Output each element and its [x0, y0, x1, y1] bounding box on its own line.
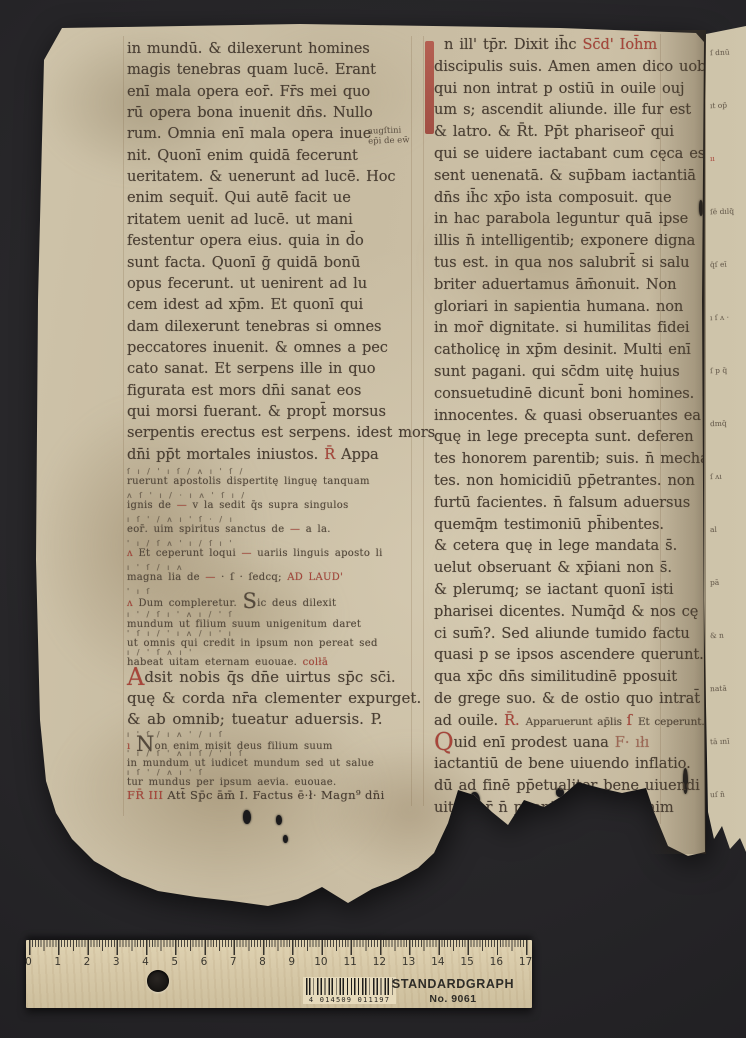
ruler-cm-label: 3	[106, 956, 126, 968]
body-text: in mundū. & dilexerunt homines	[127, 40, 370, 57]
body-text: ci sum̄?. Sed aliunde tumido factu	[434, 625, 690, 642]
text-line: qua xp̄c dn̄s similitudinē pposuit	[434, 668, 677, 685]
text-line: quasi p se ipsos ascendere querunt.	[434, 646, 704, 663]
folio-edge-text-fragment: pā	[710, 578, 720, 587]
text-line: festentur opera eius. quia in d̄o	[127, 232, 364, 249]
text-line: discipulis suis. Amen amen dico uobis.	[434, 58, 723, 75]
neume-notation: ' ſ ı / ' ı ʌ / ı ' ı	[127, 629, 378, 638]
neume-notation: ı ' ſ / ı ʌ	[127, 563, 343, 572]
body-text: uid enī prodest uana	[454, 734, 615, 751]
parchment-hole	[520, 806, 527, 817]
text-line: ı ſ ' / ʌ ı ' ſtur mundus per ipsum aevi…	[127, 769, 336, 788]
body-text: tus est. in qua nos salubrit̄ si salu	[434, 254, 689, 271]
parchment-hole	[283, 835, 288, 843]
text-line: magis tenebras quam lucē. Erant	[127, 61, 376, 78]
rubric-text: —	[205, 572, 221, 583]
text-line: figurata est mors dn̄i sanat eos	[127, 382, 361, 399]
ruler-cm-label: 15	[457, 956, 477, 968]
text-line: ' ı / ſ ' ʌ ı ſ / ' ı ſin mundum ut iudi…	[127, 750, 374, 769]
body-text: de grege suo. & de ostio quo intrat̄	[434, 690, 700, 707]
text-line: cato sanat. Et serpens ille in quo	[127, 360, 375, 377]
initial-i-bar	[425, 41, 434, 134]
body-text: qui morsi fuerant. & propt̄ morsus	[127, 403, 386, 420]
ruler-cm-label: 6	[194, 956, 214, 968]
ruler-cm-label: 11	[340, 956, 360, 968]
body-text: sunt pagani. qui sc̄dm uitę huius	[434, 363, 680, 380]
ruler-cm-label: 9	[282, 956, 302, 968]
body-text: ritatem uenit ad lucē. ut mani	[127, 211, 353, 228]
folio-edge-text-fragment: ſ p q̄	[710, 366, 727, 376]
folio-edge-text-fragment: & n	[710, 631, 724, 640]
body-text: magis tenebras quam lucē. Erant	[127, 61, 376, 78]
body-text: furtū facientes. n̄ falsum aduersus	[434, 494, 690, 511]
body-text: illis n̄ intelligentib; exponere digna	[434, 232, 695, 249]
ruler-model-number: No. 9061	[378, 993, 528, 1005]
text-line: enim sequit̄. Qui autē facit ue	[127, 189, 351, 206]
text-line: ʌ ſ ' ı / · ı ʌ ' ſ ı /ignis de — v la s…	[127, 491, 349, 511]
rubric-text: —	[290, 524, 306, 535]
text-line: Adsit nobis q̄s dn̄e uirtus sp̄c sc̄i.	[127, 668, 396, 686]
text-line: sent uenenatā. & sup̄bam iactantiā	[434, 167, 696, 184]
body-text: cato sanat. Et serpens ille in quo	[127, 360, 375, 377]
marginal-gloss: augſtiniep̄i de ew̄	[368, 125, 410, 146]
text-line: ad ouile. R̄. Apparuerunt ap̄lis ſ Et ce…	[434, 712, 705, 729]
text-line: innocentes. & quasi obseruantes ea	[434, 407, 701, 424]
neume-notation: ı ' / ſ ı ' ʌ ı / ' ſ	[127, 610, 361, 619]
folio-edge-text-fragment: q̄ſ eī	[710, 260, 727, 270]
text-line: quemq̄m testimoniū ph̄ibentes.	[434, 516, 664, 533]
parchment-tear	[699, 200, 703, 216]
text-line: tus est. in qua nos salubrit̄ si salu	[434, 254, 689, 271]
text-line: gloriari in sapientia humana. non	[434, 298, 683, 315]
text-line: enī mala opera eor̄. Fr̄s mei quo	[127, 83, 370, 100]
text-line: ı / ' ſ ʌ ı 'habeat uitam eternam euouae…	[127, 649, 328, 668]
text-line: & ab omnib; tueatur aduersis. P.	[127, 710, 383, 728]
text-line: ſ ı / ' ı ſ / ʌ ı ' ſ /ruerunt apostolis…	[127, 467, 370, 487]
body-text: iactantiū de bene uiuendo inflatio.	[434, 755, 691, 772]
rubric-text: ſ	[627, 712, 638, 729]
text-line: Quid enī prodest uana F· ıłı	[434, 734, 649, 751]
text-line: consuetudinē dicunt̄ boni homines.	[434, 385, 694, 402]
folio-edge-text-fragment: ſ dnū	[710, 48, 730, 58]
body-text: ueritatem. & uenerunt ad lucē. Hoc	[127, 168, 395, 185]
neume-notation: ſ ı / ' ı ſ / ʌ ı ' ſ /	[127, 467, 370, 476]
body-text: tur mundus per ipsum aevia. euouae.	[127, 777, 336, 788]
body-text: Et ceperunt loqui	[138, 548, 241, 559]
folio-edge-text-fragment: tā ınī	[710, 737, 730, 747]
body-text: Appa	[341, 446, 379, 463]
folio-edge-text-fragment: natā	[710, 684, 727, 694]
text-line: quę in lege precepta sunt. deferen	[434, 428, 694, 445]
body-text: habeat uitam eternam euouae.	[127, 657, 303, 668]
folio-edge-text-fragment: ſē dılq̄	[710, 207, 734, 217]
body-text: gloriari in sapientia humana. non	[434, 298, 683, 315]
text-line: ı ' ſ / ı ʌmagna lia de — · ſ · ſedcq; A…	[127, 563, 343, 583]
text-line: sunt pagani. qui sc̄dm uitę huius	[434, 363, 680, 380]
body-text: & ab omnib; tueatur aduersis. P.	[127, 710, 383, 728]
text-line: rū opera bona inuenit dn̄s. Nullo	[127, 104, 373, 121]
body-text: Apparuerunt ap̄lis	[526, 716, 627, 728]
ruler-brand: STANDARDGRAPH No. 9061	[378, 977, 528, 1005]
rubric-text: R̄	[324, 446, 341, 463]
body-text: dn̄i pp̄t mortales iniustos.	[127, 446, 324, 463]
body-text: ignis de	[127, 500, 177, 511]
text-line: in hac parabola leguntur quā ipse	[434, 210, 688, 227]
folio-edge-text-fragment: dmq̄	[710, 419, 727, 429]
body-text: uelut obseruant & xp̄iani non s̄.	[434, 559, 672, 576]
text-line: ueritatem. & uenerunt ad lucē. Hoc	[127, 168, 395, 185]
body-text: Dum compleretur.	[138, 598, 242, 609]
rubric-text: FR̄ III	[127, 788, 167, 802]
ruler-cm-label: 16	[486, 956, 506, 968]
neume-notation: ' ı / ſ ' ʌ ı ſ / ' ı ſ	[127, 749, 374, 758]
body-text: quę in lege precepta sunt. deferen	[434, 428, 694, 445]
rubric-text: R̄.	[504, 712, 525, 729]
text-line: ' ı / ſ ʌ ' ı / ſ ı 'ʌ Et ceperunt loqui…	[127, 539, 383, 559]
neume-notation: ı ſ ' / ʌ ı ' ſ	[127, 768, 336, 777]
body-text: innocentes. & quasi obseruantes ea	[434, 407, 701, 424]
body-text: n ill' tp̄r. Dixit ih̄c	[444, 36, 583, 53]
text-line: iactantiū de bene uiuendo inflatio.	[434, 755, 691, 772]
rubric-text: Sc̄d' Ioh̄m	[583, 36, 658, 53]
body-text: cem idest ad xp̄m. Et quonī qui	[127, 296, 363, 313]
text-line: in mor̄ dignitate. si humilitas fidei	[434, 319, 689, 336]
neume-notation: ' ı / ſ ʌ ' ı / ſ ı '	[127, 539, 383, 548]
text-line: pharisei dicentes. Numq̄d & nos cę	[434, 603, 698, 620]
rubric-text: F· ıłı	[615, 734, 649, 751]
text-line: ' ſ ı / ' ı ʌ / ı ' ıut omnis qui credit…	[127, 630, 378, 649]
body-text: dsit nobis q̄s dn̄e uirtus sp̄c sc̄i.	[144, 668, 395, 686]
body-text: qui non intrat p ostiū in ouile ouj	[434, 80, 684, 97]
text-line: FR̄ III Att̄ Sp̄c ām̄ I. Factus ē·ł· Mag…	[127, 788, 385, 802]
rubric-text: A	[127, 663, 144, 691]
text-line: ı ſ ' / ʌ ı ' ſ · / ıeor̄. uim spiritus …	[127, 515, 331, 535]
text-line: ' ı ſʌ Dum compleretur. Sic deus dilexit	[127, 587, 336, 609]
rubric-text: —	[241, 548, 257, 559]
ruler-cm-label: 14	[428, 956, 448, 968]
body-text: a la.	[306, 524, 331, 535]
body-text: in mor̄ dignitate. si humilitas fidei	[434, 319, 689, 336]
text-line: qui morsi fuerant. & propt̄ morsus	[127, 403, 386, 420]
body-text: Att̄ Sp̄c ām̄ I. Factus ē·ł· Magn⁹ dn̄i	[167, 788, 384, 802]
ruler-cm-label: 0	[19, 956, 39, 968]
rubric-text: Q	[434, 728, 454, 756]
ruler-cm-label: 13	[399, 956, 419, 968]
parchment-hole	[470, 792, 480, 809]
ruler-cm-label: 5	[165, 956, 185, 968]
body-text: ad ouile.	[434, 712, 504, 729]
text-line: & latro. & R̄t. Pp̄t phariseor̄ qui	[434, 123, 674, 140]
text-line: serpentis erectus est serpens. idest mor…	[127, 424, 435, 441]
ruler-cm-label: 8	[252, 956, 272, 968]
folio-edge-text-fragment: al	[710, 525, 717, 534]
ruler-cm-label: 17	[516, 956, 536, 968]
body-text: peccatores inuenit. & omnes a pec	[127, 339, 388, 356]
body-text: tes. non homicidiū pp̄etrantes. non	[434, 472, 695, 489]
manuscript-page: in mundū. & dilexerunt hominesmagis tene…	[0, 0, 746, 1038]
ruler-cm-label: 12	[369, 956, 389, 968]
marginal-gloss-line: ep̄i de ew̄	[368, 135, 410, 146]
ruler-cm-label: 2	[77, 956, 97, 968]
text-line: cem idest ad xp̄m. Et quonī qui	[127, 296, 363, 313]
ruler-cm-label: 4	[135, 956, 155, 968]
rubric-text: AD LAUD'	[287, 572, 343, 583]
text-line: qui se uidere iactabant cum cęca es	[434, 145, 705, 162]
folio-edge-text-fragment: ı ſ ʌ ·	[710, 313, 729, 323]
parchment-hole	[276, 815, 282, 825]
text-line: dn̄i pp̄t mortales iniustos. R̄ Appa	[127, 446, 379, 463]
body-text: festentur opera eius. quia in d̄o	[127, 232, 364, 249]
rubric-text: ʌ	[127, 598, 138, 609]
body-text: serpentis erectus est serpens. idest mor…	[127, 424, 435, 441]
rubric-text: ʌ	[127, 548, 138, 559]
neume-notation: ı ' ſ / ı ʌ ' / ı ſ	[127, 730, 333, 739]
ruler: 01234567891011121314151617 4 014509 0111…	[26, 940, 532, 1008]
ruler-cm-label: 10	[311, 956, 331, 968]
body-text: quę & corda nr̄a clementer expurget.	[127, 689, 421, 707]
body-text: & cetera quę in lege mandata s̄.	[434, 537, 677, 554]
folio-edge-text-fragment: ıı	[710, 154, 715, 163]
text-line: & cetera quę in lege mandata s̄.	[434, 537, 677, 554]
ruler-hole	[147, 970, 169, 992]
body-text: tes honorem parentib; suis. n̄ mechan	[434, 450, 718, 467]
body-text: consuetudinē dicunt̄ boni homines.	[434, 385, 694, 402]
text-line: uelut obseruant & xp̄iani non s̄.	[434, 559, 672, 576]
folio-edge-text-fragment: ıt op̄	[710, 101, 727, 111]
manuscript-page-wrap: in mundū. & dilexerunt hominesmagis tene…	[0, 0, 746, 1038]
text-line: in mundū. & dilexerunt homines	[127, 40, 370, 57]
text-line: uita eor̄ n̄ pueniat̄. Ad hoc enim	[434, 799, 674, 816]
body-text: figurata est mors dn̄i sanat eos	[127, 382, 361, 399]
text-line: quę & corda nr̄a clementer expurget.	[127, 689, 421, 707]
body-text: pharisei dicentes. Numq̄d & nos cę	[434, 603, 698, 620]
body-text: uariis linguis aposto li	[257, 548, 382, 559]
ruler-cm-label: 7	[223, 956, 243, 968]
body-text: enim sequit̄. Qui autē facit ue	[127, 189, 351, 206]
body-text: magna lia de	[127, 572, 205, 583]
neume-notation: ı ſ ' / ʌ ı ' ſ · / ı	[127, 515, 331, 524]
text-line: dū ad finē pp̄etualiter bene uiuendi	[434, 777, 700, 794]
neume-notation: ı / ' ſ ʌ ı '	[127, 648, 328, 657]
text-line: catholicę in xp̄m desinit. Multi enī	[434, 341, 691, 358]
body-text: opus fecerunt. ut uenirent ad lu	[127, 275, 367, 292]
ruler-cm-label: 1	[48, 956, 68, 968]
parchment-hole	[243, 810, 251, 824]
text-line: illis n̄ intelligentib; exponere digna	[434, 232, 695, 249]
body-text: discipulis suis. Amen amen dico uobis.	[434, 58, 723, 75]
ruler-brand-name: STANDARDGRAPH	[378, 977, 528, 991]
body-text: sunt facta. Quonī ḡ quidā bonū	[127, 254, 360, 271]
folio-edge-text-fragment: uſ n̄	[710, 790, 725, 800]
ruling-line	[423, 36, 424, 806]
body-text: ic deus dilexit	[257, 598, 336, 609]
body-text: quasi p se ipsos ascendere querunt.	[434, 646, 704, 663]
body-text: catholicę in xp̄m desinit. Multi enī	[434, 341, 691, 358]
text-line: peccatores inuenit. & omnes a pec	[127, 339, 388, 356]
body-text: sent uenenatā. & sup̄bam iactantiā	[434, 167, 696, 184]
body-text: rū opera bona inuenit dn̄s. Nullo	[127, 104, 373, 121]
body-text: · ſ · ſedcq;	[221, 572, 287, 583]
body-text: nit. Quonī enim quidā fecerunt	[127, 147, 358, 164]
text-line: ı ' / ſ ı ' ʌ ı / ' ſmundum ut filium su…	[127, 611, 361, 630]
folio-edge-text-fragment: ſ ʌı	[710, 472, 722, 481]
text-line: sunt facta. Quonī ḡ quidā bonū	[127, 254, 360, 271]
body-text: dn̄s ih̄c xp̄o ista composuit. que	[434, 189, 672, 206]
text-line: dam dilexerunt tenebras si omnes	[127, 318, 381, 335]
text-line: nit. Quonī enim quidā fecerunt	[127, 147, 358, 164]
text-line: briter aduertamus ām̄onuit. Non	[434, 276, 676, 293]
body-text: dam dilexerunt tenebras si omnes	[127, 318, 381, 335]
body-text: & latro. & R̄t. Pp̄t phariseor̄ qui	[434, 123, 674, 140]
body-text: Et ceperunt.	[638, 716, 705, 728]
neume-notation: ʌ ſ ' ı / · ı ʌ ' ſ ı /	[127, 491, 349, 500]
ruler-ticks	[29, 940, 529, 955]
body-text: um s; ascendit aliunde. ille fur est	[434, 101, 691, 118]
text-line: ritatem uenit ad lucē. ut mani	[127, 211, 353, 228]
text-line: de grege suo. & de ostio quo intrat̄	[434, 690, 700, 707]
text-line: dn̄s ih̄c xp̄o ista composuit. que	[434, 189, 672, 206]
body-text: in hac parabola leguntur quā ipse	[434, 210, 688, 227]
neume-notation: ' ı ſ	[127, 587, 336, 596]
body-text: uita eor̄ n̄ pueniat̄. Ad hoc enim	[434, 799, 674, 816]
body-text: qui se uidere iactabant cum cęca es	[434, 145, 705, 162]
text-line: & plerumq; se iactant quonī isti	[434, 581, 673, 598]
body-text: quemq̄m testimoniū ph̄ibentes.	[434, 516, 664, 533]
text-line: rum. Omnia enī mala opera inue	[127, 125, 371, 142]
body-text: & plerumq; se iactant quonī isti	[434, 581, 673, 598]
body-text: ruerunt apostolis dispertitę linguę tanq…	[127, 476, 370, 487]
text-line: tes honorem parentib; suis. n̄ mechan	[434, 450, 718, 467]
text-line: furtū facientes. n̄ falsum aduersus	[434, 494, 690, 511]
text-line: qui non intrat p ostiū in ouile ouj	[434, 80, 684, 97]
photograph-background: in mundū. & dilexerunt hominesmagis tene…	[0, 0, 746, 1038]
text-line: tes. non homicidiū pp̄etrantes. non	[434, 472, 695, 489]
body-text: v la sedit q̄s supra singulos	[193, 500, 349, 511]
text-line: opus fecerunt. ut uenirent ad lu	[127, 275, 367, 292]
text-line: um s; ascendit aliunde. ille fur est	[434, 101, 691, 118]
body-text: rum. Omnia enī mala opera inue	[127, 125, 371, 142]
body-text: dū ad finē pp̄etualiter bene uiuendi	[434, 777, 700, 794]
body-text: qua xp̄c dn̄s similitudinē pposuit	[434, 668, 677, 685]
rubric-text: colłā	[303, 657, 329, 668]
rubric-text: —	[177, 500, 193, 511]
body-text: enī mala opera eor̄. Fr̄s mei quo	[127, 83, 370, 100]
text-line: n ill' tp̄r. Dixit ih̄c Sc̄d' Ioh̄m	[434, 36, 657, 53]
body-text: briter aduertamus ām̄onuit. Non	[434, 276, 676, 293]
ruling-line	[123, 36, 124, 816]
text-line: ci sum̄?. Sed aliunde tumido factu	[434, 625, 690, 642]
body-text: eor̄. uim spiritus sanctus de	[127, 524, 290, 535]
